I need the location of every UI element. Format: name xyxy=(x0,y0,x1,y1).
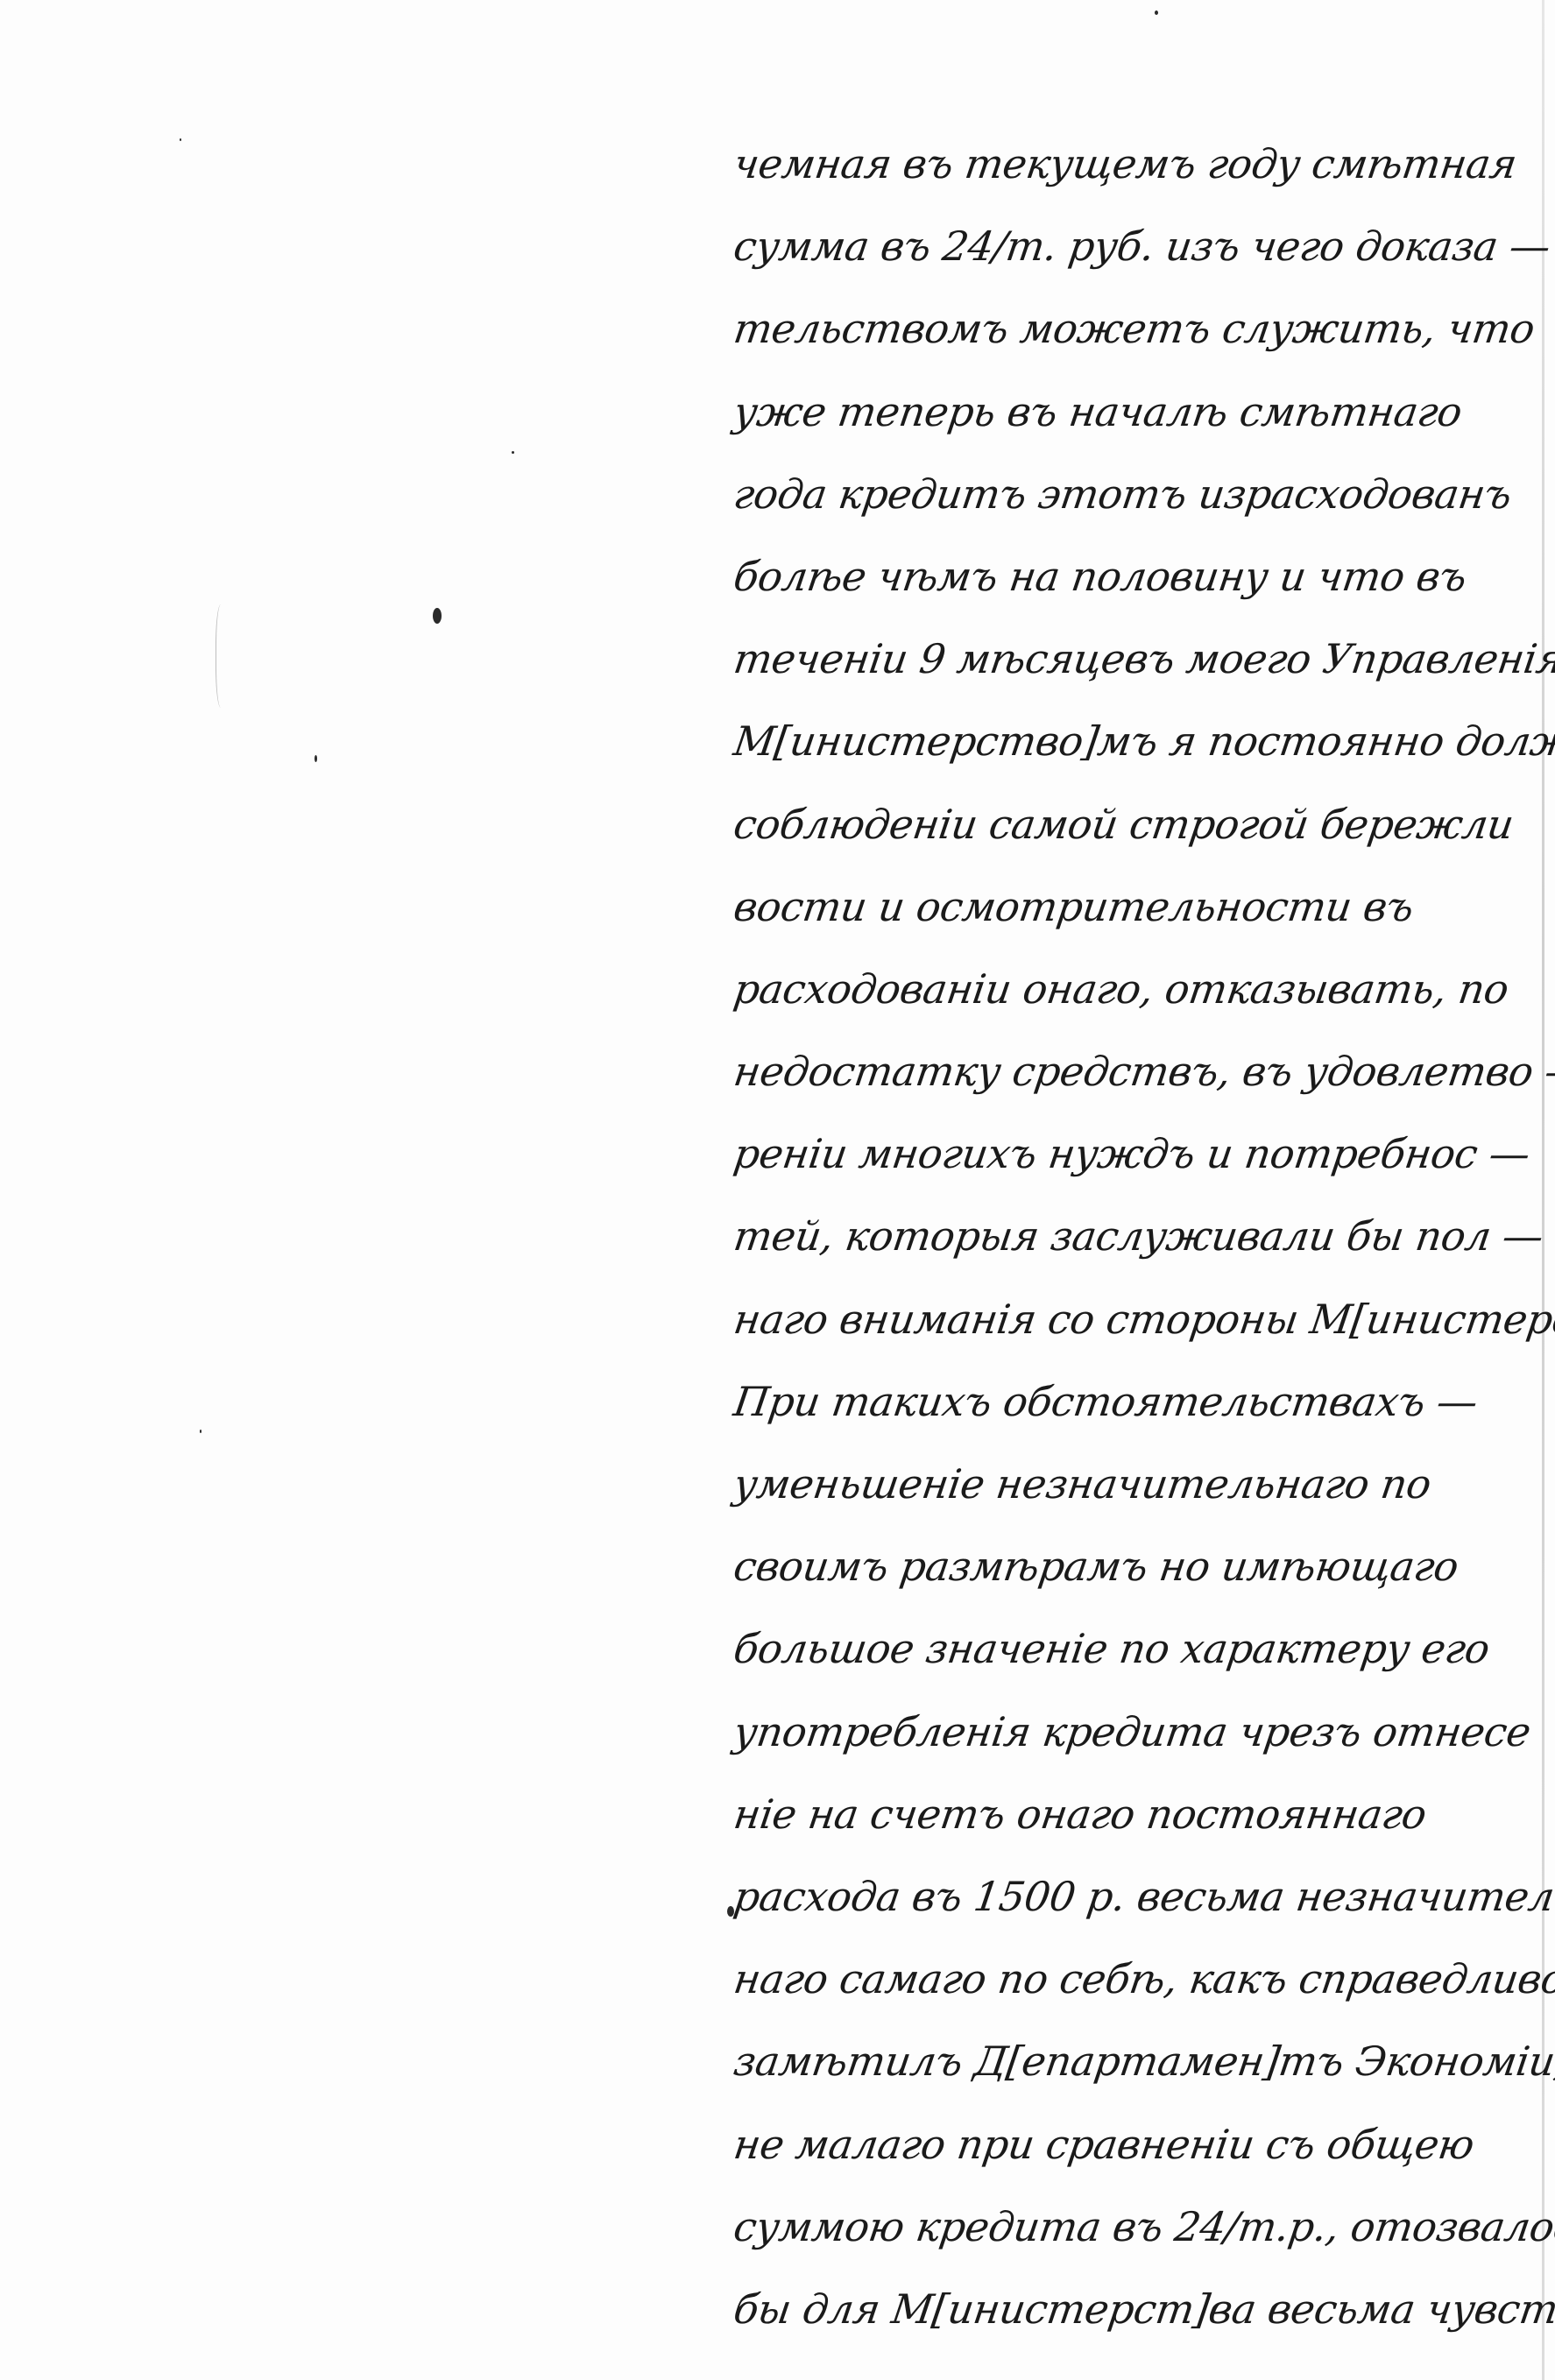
text-line: соблюденіи самой строгой бережли xyxy=(728,783,1554,865)
text-line: бы для М[инистерст]ва весьма чувствитель… xyxy=(728,2268,1554,2350)
text-line: теченіи 9 мѣсяцевъ моего Управленія xyxy=(728,618,1554,700)
text-line: наго самаго по себѣ, какъ справедливо xyxy=(728,1938,1554,2020)
text-line: болѣе чѣмъ на половину и что въ xyxy=(728,535,1554,618)
text-line: вости и осмотрительности въ xyxy=(728,865,1554,948)
text-line: При такихъ обстоятельствахъ — xyxy=(728,1360,1554,1443)
text-line: тельствомъ можетъ служить, что xyxy=(728,287,1554,370)
ink-speck xyxy=(512,451,514,454)
text-line: сумма въ 24/т. руб. изъ чего доказа — xyxy=(728,205,1554,287)
text-line: чемная въ текущемъ году смѣтная xyxy=(728,123,1554,205)
text-line: года кредитъ этотъ израсходованъ xyxy=(728,453,1554,535)
manuscript-text: чемная въ текущемъ году смѣтная сумма въ… xyxy=(734,123,1549,2350)
ink-blot xyxy=(433,608,442,624)
text-line: реніи многихъ нуждъ и потребнос — xyxy=(728,1112,1554,1195)
text-line: суммою кредита въ 24/т.р., отозвалось xyxy=(728,2186,1554,2268)
text-line: не малаго при сравненіи съ общею xyxy=(728,2103,1554,2186)
text-line: замѣтилъ Д[епартамен]тъ Экономіи, но дал… xyxy=(728,2020,1554,2102)
text-line: тей, которыя заслуживали бы пол — xyxy=(728,1195,1554,1277)
text-line: расходованіи онаго, отказывать, по xyxy=(728,948,1554,1030)
text-line: уже теперь въ началѣ смѣтнаго xyxy=(728,371,1554,453)
text-line: наго вниманія со стороны М[инистерст]ва.… xyxy=(728,1278,1554,1360)
manuscript-page: чемная въ текущемъ году смѣтная сумма въ… xyxy=(0,0,1555,2380)
ink-speck xyxy=(1155,11,1158,15)
text-line: недостатку средствъ, въ удовлетво — xyxy=(728,1030,1554,1112)
text-line: М[инистерство]мъ я постоянно долженъ был… xyxy=(728,700,1554,782)
text-line: ніе на счетъ онаго постояннаго xyxy=(728,1773,1554,1855)
text-line: употребленія кредита чрезъ отнесе xyxy=(728,1691,1554,1773)
text-line: большое значеніе по характеру его xyxy=(728,1607,1554,1690)
ink-speck xyxy=(180,138,181,141)
ink-speck xyxy=(315,755,317,762)
text-line: расхода въ 1500 р. весьма незначитель xyxy=(728,1855,1554,1938)
text-line: своимъ размѣрамъ но имѣющаго xyxy=(728,1525,1554,1607)
text-line: уменьшеніе незначительнаго по xyxy=(728,1443,1554,1525)
paper-crease-mark xyxy=(216,604,229,708)
ink-speck xyxy=(200,1430,201,1433)
